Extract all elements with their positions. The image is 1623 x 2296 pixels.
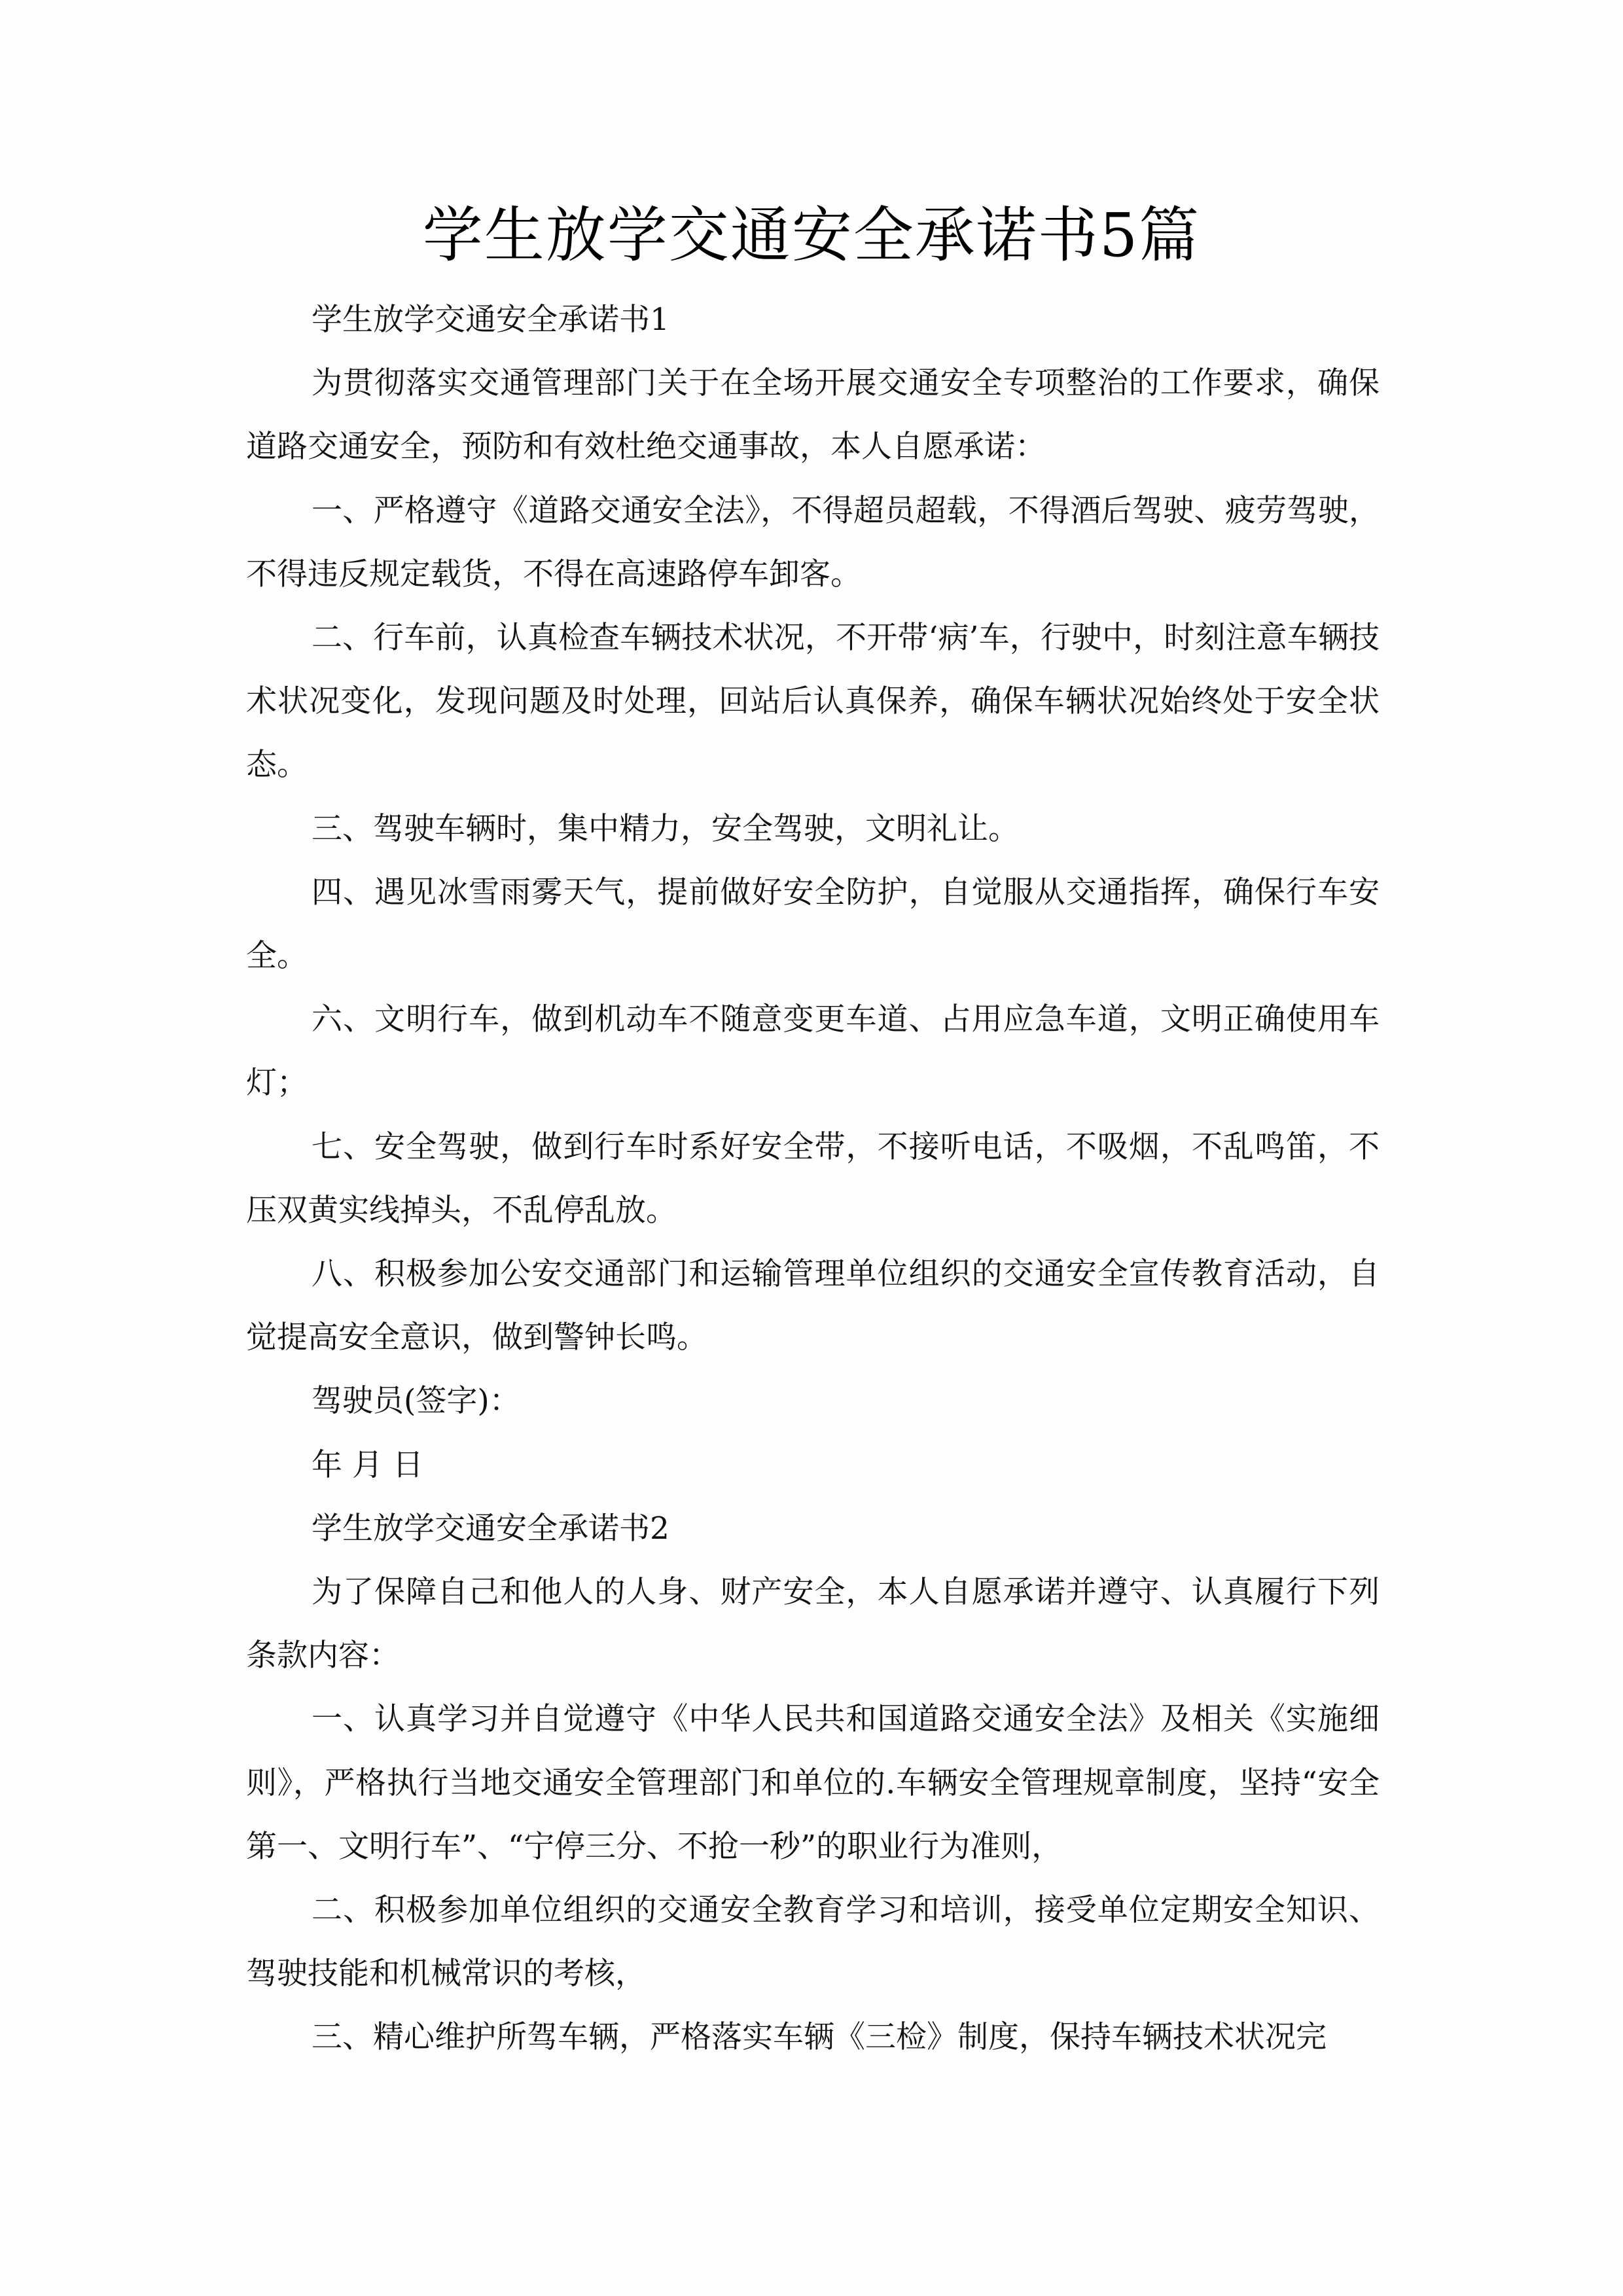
paragraph: 二、积极参加单位组织的交通安全教育学习和培训，接受单位定期安全知识、驾驶技能和机… [246,1878,1380,2005]
section-heading-1: 学生放学交通安全承诺书1 [246,288,1380,351]
paragraph: 八、积极参加公安交通部门和运输管理单位组织的交通安全宣传教育活动，自觉提高安全意… [246,1242,1380,1369]
section-heading-2: 学生放学交通安全承诺书2 [246,1497,1380,1560]
paragraph: 七、安全驾驶，做到行车时系好安全带，不接听电话，不吸烟，不乱鸣笛，不压双黄实线掉… [246,1115,1380,1242]
paragraph: 二、行车前，认真检查车辆技术状况，不开带‘病’车，行驶中，时刻注意车辆技术状况变… [246,606,1380,797]
paragraph: 三、精心维护所驾车辆，严格落实车辆《三检》制度，保持车辆技术状况完 [246,2005,1380,2069]
document-title: 学生放学交通安全承诺书5篇 [0,196,1623,275]
document-page: 学生放学交通安全承诺书5篇 学生放学交通安全承诺书1 为贯彻落实交通管理部门关于… [0,0,1623,2296]
paragraph: 为贯彻落实交通管理部门关于在全场开展交通安全专项整治的工作要求，确保道路交通安全… [246,351,1380,478]
paragraph: 六、文明行车，做到机动车不随意变更车道、占用应急车道，文明正确使用车灯； [246,988,1380,1115]
paragraph: 为了保障自己和他人的人身、财产安全，本人自愿承诺并遵守、认真履行下列条款内容： [246,1560,1380,1687]
paragraph: 一、严格遵守《道路交通安全法》，不得超员超载，不得酒后驾驶、疲劳驾驶，不得违反规… [246,479,1380,606]
paragraph: 四、遇见冰雪雨雾天气，提前做好安全防护，自觉服从交通指挥，确保行车安全。 [246,861,1380,988]
document-body: 学生放学交通安全承诺书1 为贯彻落实交通管理部门关于在全场开展交通安全专项整治的… [246,288,1380,2070]
paragraph: 一、认真学习并自觉遵守《中华人民共和国道路交通安全法》及相关《实施细则》，严格执… [246,1687,1380,1878]
date-line: 年 月 日 [246,1433,1380,1497]
paragraph: 三、驾驶车辆时，集中精力，安全驾驶，文明礼让。 [246,797,1380,861]
signature-line: 驾驶员(签字)： [246,1369,1380,1433]
